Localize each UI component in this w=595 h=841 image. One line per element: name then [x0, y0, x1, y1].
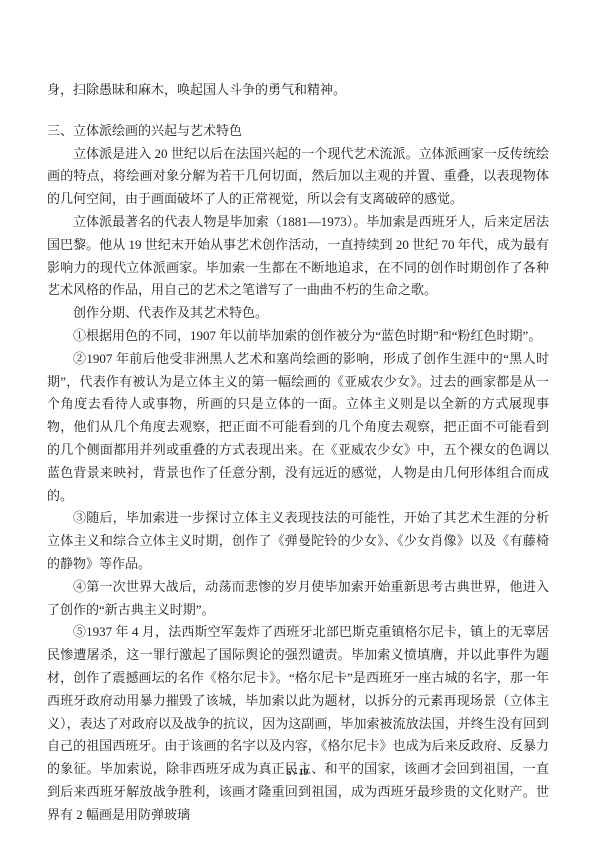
section-heading: 三、立体派绘画的兴起与艺术特色 — [47, 120, 549, 143]
paragraph-period-2: ②1907 年前后他受非洲黑人艺术和塞尚绘画的影响，形成了创作生涯中的“黑人时期… — [47, 348, 549, 508]
paragraph-period-3: ③随后，毕加索进一步探讨立体主义表现技法的可能性，开始了其艺术生涯的分析立体主义… — [47, 507, 549, 575]
document-page: 身，扫除愚昧和麻木，唤起国人斗争的勇气和精神。 三、立体派绘画的兴起与艺术特色 … — [0, 0, 595, 841]
paragraph-picasso-bio: 立体派最著名的代表人物是毕加索（1881—1973）。毕加索是西班牙人，后来定居… — [47, 211, 549, 302]
paragraph-continuation: 身，扫除愚昧和麻木，唤起国人斗争的勇气和精神。 — [47, 79, 549, 102]
paragraph-intro: 立体派是进入 20 世纪以后在法国兴起的一个现代艺术流派。立体派画家一反传统绘画… — [47, 143, 549, 211]
paragraph-period-1: ①根据用色的不同，1907 年以前毕加索的创作被分为“蓝色时期”和“粉红色时期”… — [47, 325, 549, 348]
paragraph-period-4: ④第一次世界大战后，动荡而悲惨的岁月使毕加索开始重新思考古典世界，他进入了创作的… — [47, 576, 549, 622]
paragraph-periods-lead: 创作分期、代表作及其艺术特色。 — [47, 302, 549, 325]
page-number: 5 / 19 — [0, 767, 595, 779]
paragraph-period-5: ⑤1937 年 4 月，法西斯空军轰炸了西班牙北部巴斯克重镇格尔尼卡，镇上的无辜… — [47, 621, 549, 826]
